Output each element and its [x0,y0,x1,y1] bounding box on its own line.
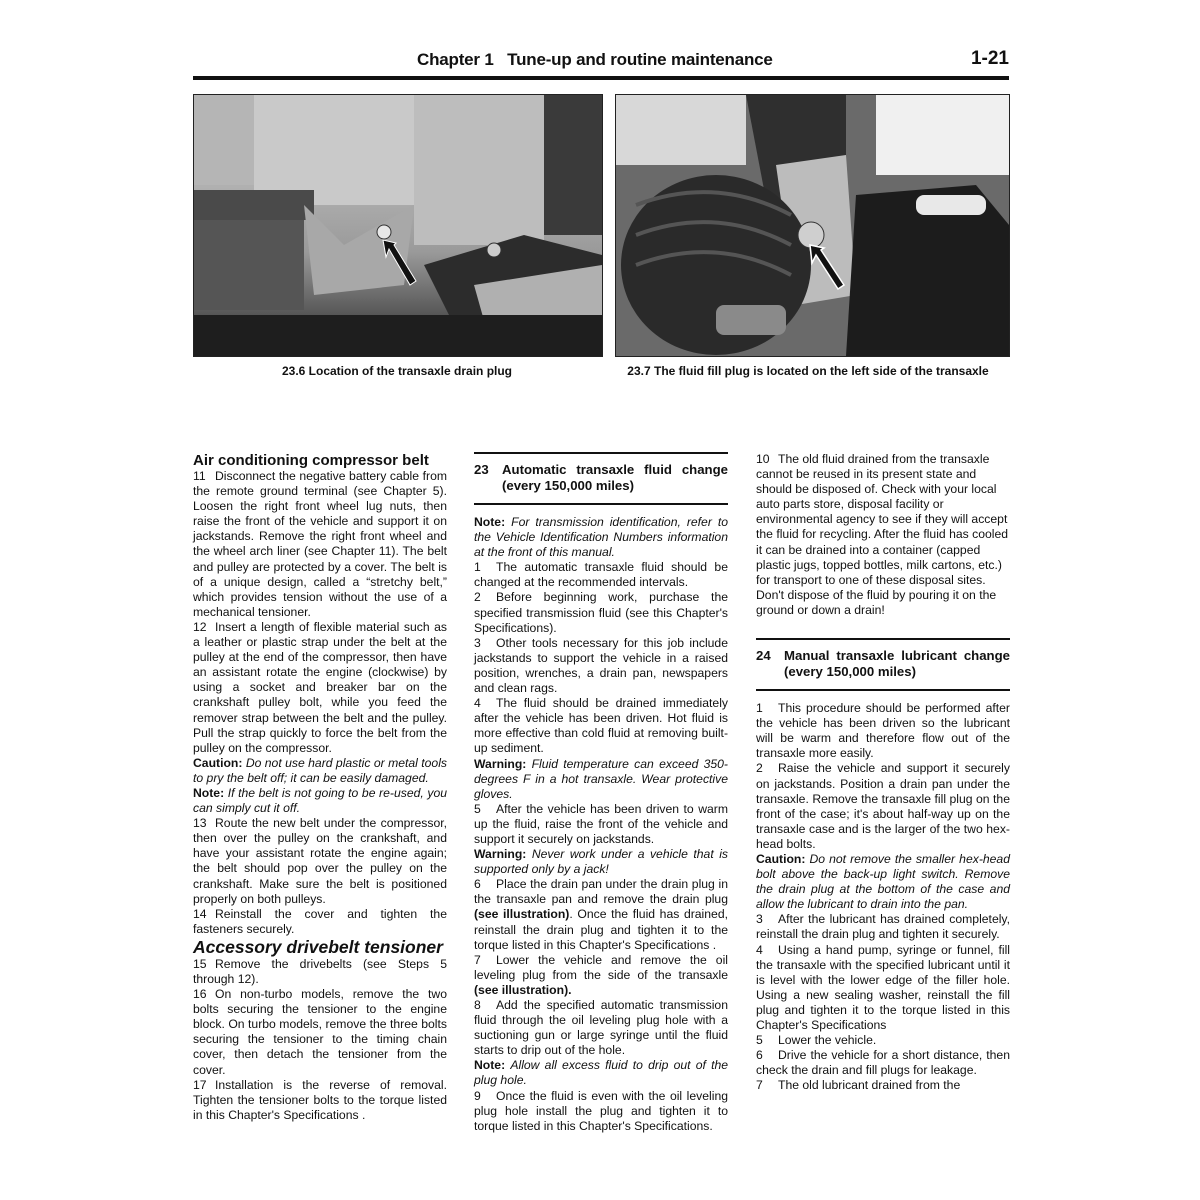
section-23-heading: 23 Automatic transaxle fluid change (eve… [474,452,728,505]
paragraph: 17Installation is the reverse of removal… [193,1078,447,1123]
illustration-reference-link[interactable]: (see illustration). [474,983,572,997]
figure-23-6-photo [193,94,603,357]
paragraph: 7Lower the vehicle and remove the oil le… [474,953,728,998]
note: Note: If the belt is not going to be re-… [193,786,447,816]
paragraph: 4The fluid should be drained immediately… [474,696,728,756]
paragraph: 3After the lubricant has drained complet… [756,912,1010,942]
paragraph: 6Place the drain pan under the drain plu… [474,877,728,952]
page-header: Chapter 1 Tune-up and routine maintenanc… [193,48,1009,80]
paragraph: 7The old lubricant drained from the [756,1078,1010,1093]
paragraph: 16On non-turbo models, remove the two bo… [193,987,447,1078]
figure-23-7-photo [615,94,1010,357]
paragraph: 2Before beginning work, purchase the spe… [474,590,728,635]
illustration-reference-link[interactable]: (see illustration) [474,907,569,921]
paragraph: 1This procedure should be performed afte… [756,701,1010,761]
paragraph: 5Lower the vehicle. [756,1033,1010,1048]
page-number: 1-21 [971,48,1009,70]
paragraph: 8Add the specified automatic transmissio… [474,998,728,1058]
chapter-title: Chapter 1 Tune-up and routine maintenanc… [417,50,773,70]
note: Note: Allow all excess fluid to drip out… [474,1058,728,1088]
paragraph: 15Remove the drivebelts (see Steps 5 thr… [193,957,447,987]
paragraph: 6Drive the vehicle for a short distance,… [756,1048,1010,1078]
paragraph: 2Raise the vehicle and support it secure… [756,761,1010,852]
paragraph: 9Once the fluid is even with the oil lev… [474,1089,728,1134]
paragraph: 4Using a hand pump, syringe or funnel, f… [756,943,1010,1034]
section-heading: Air conditioning compressor belt [193,452,447,469]
caution-note: Caution: Do not remove the smaller hex-h… [756,852,1010,912]
warning-note: Warning: Fluid temperature can exceed 35… [474,757,728,802]
section-24-heading: 24 Manual transaxle lubricant change (ev… [756,638,1010,691]
paragraph: 11Disconnect the negative battery cable … [193,469,447,620]
paragraph: 1The automatic transaxle fluid should be… [474,560,728,590]
warning-note: Warning: Never work under a vehicle that… [474,847,728,877]
figure-23-6-caption: 23.6 Location of the transaxle drain plu… [193,364,601,378]
column-1: Air conditioning compressor belt 11Disco… [193,452,447,1123]
paragraph: 14Reinstall the cover and tighten the fa… [193,907,447,937]
paragraph: 5After the vehicle has been driven to wa… [474,802,728,847]
section-heading-italic: Accessory drivebelt tensioner [193,937,447,957]
note: Note: For transmission identification, r… [474,515,728,560]
caution-note: Caution: Do not use hard plastic or meta… [193,756,447,786]
figure-23-7-caption: 23.7 The fluid fill plug is located on t… [608,364,1008,378]
paragraph: 12Insert a length of flexible material s… [193,620,447,756]
paragraph: 3Other tools necessary for this job incl… [474,636,728,696]
column-2: 23 Automatic transaxle fluid change (eve… [474,452,728,1134]
paragraph: 13Route the new belt under the compresso… [193,816,447,907]
paragraph: 10The old fluid drained from the transax… [756,452,1010,618]
column-3: 10The old fluid drained from the transax… [756,452,1010,1093]
